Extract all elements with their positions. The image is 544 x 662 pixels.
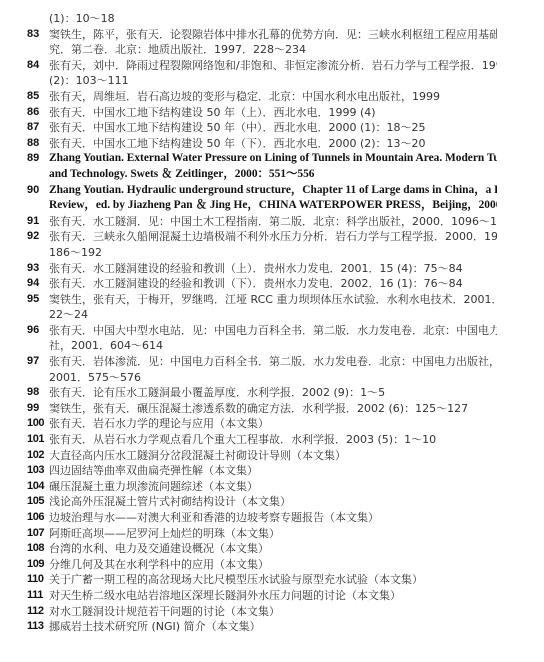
reference-text: 张有天．水工隧洞建设的经验和教训（下）．贵州水力发电．2002．16 (1)：7… <box>49 276 497 292</box>
reference-line: 窦铁生，陈平，张有天．论裂隙岩体中排水孔幕的优势方向．见：三峡水利枢纽工程应用基… <box>49 27 497 43</box>
reference-entry-96: 96 张有天．中国大中型水电站．见：中国电力百科全书．第二版．水力发电卷．北京：… <box>0 323 544 354</box>
reference-entry-93: 93 张有天．水工隧洞建设的经验和教训（上）．贵州水力发电．2001．15 (4… <box>0 261 544 277</box>
reference-text: 阿斯旺高坝——尼罗河上灿烂的明珠（本文集） <box>49 526 497 542</box>
reference-text: 边坡治理与水——对澳大利亚和香港的边坡考察专题报告（本文集） <box>49 510 497 526</box>
reference-number: 109 <box>0 557 49 573</box>
reference-text: 窦铁生，张有天．碾压混凝土渗透系数的确定方法．水利学报．2002 (6)：125… <box>49 401 497 417</box>
reference-line: (2)：103～111 <box>49 73 497 89</box>
reference-entry-101: 101 张有天．从岩石水力学观点看几个重大工程事故．水利学报．2003 (5)：… <box>0 432 544 448</box>
reference-line: 分维几何及其在水利学科中的应用（本文集） <box>49 557 497 573</box>
reference-text: 关于广蓄一期工程的高岔现场大比尺模型压水试验与原型充水试验（本文集） <box>49 572 497 588</box>
reference-text: 张有天．中国水工地下结构建设 50 年（下）．西北水电．2000 (2)：13～… <box>49 136 497 152</box>
reference-entry-89: 89 Zhang Youtian. External Water Pressur… <box>0 151 544 182</box>
reference-text: 张有天，刘中．降雨过程裂隙网络饱和/非饱和、非恒定渗流分析．岩石力学与工程学报．… <box>49 58 497 89</box>
reference-text: 对天生桥二级水电站岩溶地区深埋长隧洞外水压力问题的讨论（本文集） <box>49 588 497 604</box>
reference-entry-86: 86 张有天．中国水工地下结构建设 50 年（上）．西北水电．1999 (4) <box>0 105 544 121</box>
reference-line: 对天生桥二级水电站岩溶地区深埋长隧洞外水压力问题的讨论（本文集） <box>49 588 497 604</box>
reference-number: 99 <box>0 401 49 417</box>
reference-number: 90 <box>0 183 49 199</box>
reference-line: 大直径高内压水工隧洞分岔段混凝土衬砌设计导则（本文集） <box>49 448 497 464</box>
reference-entry-110: 110 关于广蓄一期工程的高岔现场大比尺模型压水试验与原型充水试验（本文集） <box>0 572 544 588</box>
reference-text: 挪威岩土技术研究所 (NGI) 简介（本文集） <box>49 619 497 635</box>
reference-line: 阿斯旺高坝——尼罗河上灿烂的明珠（本文集） <box>49 526 497 542</box>
reference-text: 大直径高内压水工隧洞分岔段混凝土衬砌设计导则（本文集） <box>49 448 497 464</box>
reference-number: 103 <box>0 463 49 479</box>
reference-line: (1)：10～18 <box>49 11 497 27</box>
reference-text: 窦铁生，张有天，于梅开，罗继鸣．江垭 RCC 重力坝坝体压水试验．水利水电技术．… <box>49 292 497 323</box>
reference-text: 张有天．水工隧洞建设的经验和教训（上）．贵州水力发电．2001．15 (4)：7… <box>49 261 497 277</box>
reference-line: 张有天．从岩石水力学观点看几个重大工程事故．水利学报．2003 (5)：1～10 <box>49 432 497 448</box>
reference-text: 张有天．论有压水工隧洞最小覆盖厚度．水利学报．2002 (9)：1～5 <box>49 385 497 401</box>
reference-number: 111 <box>0 588 49 604</box>
reference-line: 张有天．三峡永久船闸混凝土边墙极端不利外水压力分析．岩石力学与工程学报．2000… <box>49 229 497 245</box>
reference-line: 边坡治理与水——对澳大利亚和香港的边坡考察专题报告（本文集） <box>49 510 497 526</box>
reference-text: 张有天．中国大中型水电站．见：中国电力百科全书．第二版．水力发电卷．北京：中国电… <box>49 323 497 354</box>
reference-line: 2001．575～576 <box>49 370 497 386</box>
reference-entry-90: 90 Zhang Youtian. Hydraulic underground … <box>0 183 544 214</box>
reference-text: 张有天．中国水工地下结构建设 50 年（中）．西北水电．2000 (1)：18～… <box>49 120 497 136</box>
reference-line: 张有天．水工隧洞．见：中国土木工程指南．第二版．北京：科学出版社，2000．10… <box>49 214 497 230</box>
reference-text: 张有天．三峡永久船闸混凝土边墙极端不利外水压力分析．岩石力学与工程学报．2000… <box>49 229 497 260</box>
reference-number: 83 <box>0 27 49 43</box>
reference-text: Zhang Youtian. External Water Pressure o… <box>49 151 497 182</box>
reference-line: Zhang Youtian. External Water Pressure o… <box>49 151 497 167</box>
reference-line: 台湾的水利、电力及交通建设概况（本文集） <box>49 541 497 557</box>
reference-number: 100 <box>0 416 49 432</box>
reference-text: 台湾的水利、电力及交通建设概况（本文集） <box>49 541 497 557</box>
reference-number: 108 <box>0 541 49 557</box>
reference-line: 张有天．水工隧洞建设的经验和教训（上）．贵州水力发电．2001．15 (4)：7… <box>49 261 497 277</box>
reference-number: 101 <box>0 432 49 448</box>
reference-entry-94: 94 张有天．水工隧洞建设的经验和教训（下）．贵州水力发电．2002．16 (1… <box>0 276 544 292</box>
reference-number: 91 <box>0 214 49 230</box>
reference-entry-87: 87 张有天．中国水工地下结构建设 50 年（中）．西北水电．2000 (1)：… <box>0 120 544 136</box>
reference-number: 85 <box>0 89 49 105</box>
reference-number: 94 <box>0 276 49 292</box>
reference-entry-107: 107 阿斯旺高坝——尼罗河上灿烂的明珠（本文集） <box>0 526 544 542</box>
reference-number: 113 <box>0 619 49 635</box>
reference-number: 87 <box>0 120 49 136</box>
reference-line: 窦铁生，张有天，于梅开，罗继鸣．江垭 RCC 重力坝坝体压水试验．水利水电技术．… <box>49 292 497 308</box>
reference-entry-84: 84 张有天，刘中．降雨过程裂隙网络饱和/非饱和、非恒定渗流分析．岩石力学与工程… <box>0 58 544 89</box>
reference-text: 窦铁生，陈平，张有天．论裂隙岩体中排水孔幕的优势方向．见：三峡水利枢纽工程应用基… <box>49 27 497 58</box>
reference-number: 88 <box>0 136 49 152</box>
reference-number: 95 <box>0 292 49 308</box>
reference-entry-109: 109 分维几何及其在水利学科中的应用（本文集） <box>0 557 544 573</box>
reference-entry-104: 104 碾压混凝土重力坝渗流问题综述（本文集） <box>0 479 544 495</box>
reference-text: 四边固结等曲率双曲扁壳弹性解（本文集） <box>49 463 497 479</box>
reference-entry-100: 100 张有天．岩石水力学的理论与应用（本文集） <box>0 416 544 432</box>
reference-entry-continuation: (1)：10～18 <box>0 11 544 27</box>
reference-line: 张有天．中国水工地下结构建设 50 年（上）．西北水电．1999 (4) <box>49 105 497 121</box>
reference-line: 关于广蓄一期工程的高岔现场大比尺模型压水试验与原型充水试验（本文集） <box>49 572 497 588</box>
reference-text: 分维几何及其在水利学科中的应用（本文集） <box>49 557 497 573</box>
reference-text: 张有天．水工隧洞．见：中国土木工程指南．第二版．北京：科学出版社，2000．10… <box>49 214 497 230</box>
reference-entry-102: 102 大直径高内压水工隧洞分岔段混凝土衬砌设计导则（本文集） <box>0 448 544 464</box>
reference-entry-108: 108 台湾的水利、电力及交通建设概况（本文集） <box>0 541 544 557</box>
reference-line: 张有天．水工隧洞建设的经验和教训（下）．贵州水力发电．2002．16 (1)：7… <box>49 276 497 292</box>
reference-number: 89 <box>0 151 49 167</box>
reference-number: 86 <box>0 105 49 121</box>
reference-entry-106: 106 边坡治理与水——对澳大利亚和香港的边坡考察专题报告（本文集） <box>0 510 544 526</box>
reference-line: 对水工隧洞设计规范若干问题的讨论（本文集） <box>49 604 497 620</box>
reference-line: and Technology. Swets ＆ Zeitlinger，2000：… <box>49 167 497 183</box>
reference-line: 张有天．中国水工地下结构建设 50 年（中）．西北水电．2000 (1)：18～… <box>49 120 497 136</box>
reference-entry-98: 98 张有天．论有压水工隧洞最小覆盖厚度．水利学报．2002 (9)：1～5 <box>0 385 544 401</box>
reference-list: (1)：10～18 83 窦铁生，陈平，张有天．论裂隙岩体中排水孔幕的优势方向．… <box>0 11 544 635</box>
reference-line: 究．第二卷．北京：地质出版社．1997．228～234 <box>49 42 497 58</box>
reference-entry-103: 103 四边固结等曲率双曲扁壳弹性解（本文集） <box>0 463 544 479</box>
reference-text: 碾压混凝土重力坝渗流问题综述（本文集） <box>49 479 497 495</box>
reference-line: 186～192 <box>49 245 497 261</box>
reference-entry-85: 85 张有天，周维垣．岩石高边坡的变形与稳定．北京：中国水利水电出版社，1999 <box>0 89 544 105</box>
reference-line: 张有天．岩石水力学的理论与应用（本文集） <box>49 416 497 432</box>
reference-entry-83: 83 窦铁生，陈平，张有天．论裂隙岩体中排水孔幕的优势方向．见：三峡水利枢纽工程… <box>0 27 544 58</box>
reference-number: 92 <box>0 229 49 245</box>
reference-entry-112: 112 对水工隧洞设计规范若干问题的讨论（本文集） <box>0 604 544 620</box>
reference-number: 104 <box>0 479 49 495</box>
reference-line: 22～24 <box>49 307 497 323</box>
reference-text: 浅论高外压混凝土管片式衬砌结构设计（本文集） <box>49 494 497 510</box>
reference-line: 张有天．岩体渗流．见：中国电力百科全书．第二版．水力发电卷．北京：中国电力出版社… <box>49 354 497 370</box>
reference-entry-91: 91 张有天．水工隧洞．见：中国土木工程指南．第二版．北京：科学出版社，2000… <box>0 214 544 230</box>
reference-text: Zhang Youtian. Hydraulic underground str… <box>49 183 497 214</box>
reference-number: 98 <box>0 385 49 401</box>
reference-line: 挪威岩土技术研究所 (NGI) 简介（本文集） <box>49 619 497 635</box>
reference-line: 窦铁生，张有天．碾压混凝土渗透系数的确定方法．水利学报．2002 (6)：125… <box>49 401 497 417</box>
reference-entry-97: 97 张有天．岩体渗流．见：中国电力百科全书．第二版．水力发电卷．北京：中国电力… <box>0 354 544 385</box>
reference-line: 四边固结等曲率双曲扁壳弹性解（本文集） <box>49 463 497 479</box>
reference-line: 张有天，周维垣．岩石高边坡的变形与稳定．北京：中国水利水电出版社，1999 <box>49 89 497 105</box>
reference-number: 106 <box>0 510 49 526</box>
reference-number: 110 <box>0 572 49 588</box>
reference-line: 张有天．中国大中型水电站．见：中国电力百科全书．第二版．水力发电卷．北京：中国电… <box>49 323 497 339</box>
reference-line: 张有天．中国水工地下结构建设 50 年（下）．西北水电．2000 (2)：13～… <box>49 136 497 152</box>
reference-number: 112 <box>0 604 49 620</box>
reference-entry-95: 95 窦铁生，张有天，于梅开，罗继鸣．江垭 RCC 重力坝坝体压水试验．水利水电… <box>0 292 544 323</box>
reference-line: Review，ed. by Jiazheng Pan ＆ Jing He，CHI… <box>49 198 497 214</box>
reference-text: 张有天．岩体渗流．见：中国电力百科全书．第二版．水力发电卷．北京：中国电力出版社… <box>49 354 497 385</box>
reference-entry-111: 111 对天生桥二级水电站岩溶地区深埋长隧洞外水压力问题的讨论（本文集） <box>0 588 544 604</box>
reference-line: 社，2001．604～614 <box>49 338 497 354</box>
reference-text: 张有天．岩石水力学的理论与应用（本文集） <box>49 416 497 432</box>
reference-number: 97 <box>0 354 49 370</box>
reference-line: 张有天．论有压水工隧洞最小覆盖厚度．水利学报．2002 (9)：1～5 <box>49 385 497 401</box>
reference-number: 105 <box>0 494 49 510</box>
reference-number: 84 <box>0 58 49 74</box>
reference-line: 碾压混凝土重力坝渗流问题综述（本文集） <box>49 479 497 495</box>
reference-number: 102 <box>0 448 49 464</box>
reference-entry-105: 105 浅论高外压混凝土管片式衬砌结构设计（本文集） <box>0 494 544 510</box>
reference-number: 107 <box>0 526 49 542</box>
reference-text: (1)：10～18 <box>49 11 497 27</box>
reference-number: 93 <box>0 261 49 277</box>
reference-text: 对水工隧洞设计规范若干问题的讨论（本文集） <box>49 604 497 620</box>
reference-number: 96 <box>0 323 49 339</box>
reference-line: 浅论高外压混凝土管片式衬砌结构设计（本文集） <box>49 494 497 510</box>
reference-text: 张有天．中国水工地下结构建设 50 年（上）．西北水电．1999 (4) <box>49 105 497 121</box>
reference-text: 张有天．从岩石水力学观点看几个重大工程事故．水利学报．2003 (5)：1～10 <box>49 432 497 448</box>
reference-text: 张有天，周维垣．岩石高边坡的变形与稳定．北京：中国水利水电出版社，1999 <box>49 89 497 105</box>
reference-entry-99: 99 窦铁生，张有天．碾压混凝土渗透系数的确定方法．水利学报．2002 (6)：… <box>0 401 544 417</box>
reference-entry-113: 113 挪威岩土技术研究所 (NGI) 简介（本文集） <box>0 619 544 635</box>
reference-entry-88: 88 张有天．中国水工地下结构建设 50 年（下）．西北水电．2000 (2)：… <box>0 136 544 152</box>
reference-line: 张有天，刘中．降雨过程裂隙网络饱和/非饱和、非恒定渗流分析．岩石力学与工程学报．… <box>49 58 497 74</box>
reference-line: Zhang Youtian. Hydraulic underground str… <box>49 183 497 199</box>
reference-entry-92: 92 张有天．三峡永久船闸混凝土边墙极端不利外水压力分析．岩石力学与工程学报．2… <box>0 229 544 260</box>
